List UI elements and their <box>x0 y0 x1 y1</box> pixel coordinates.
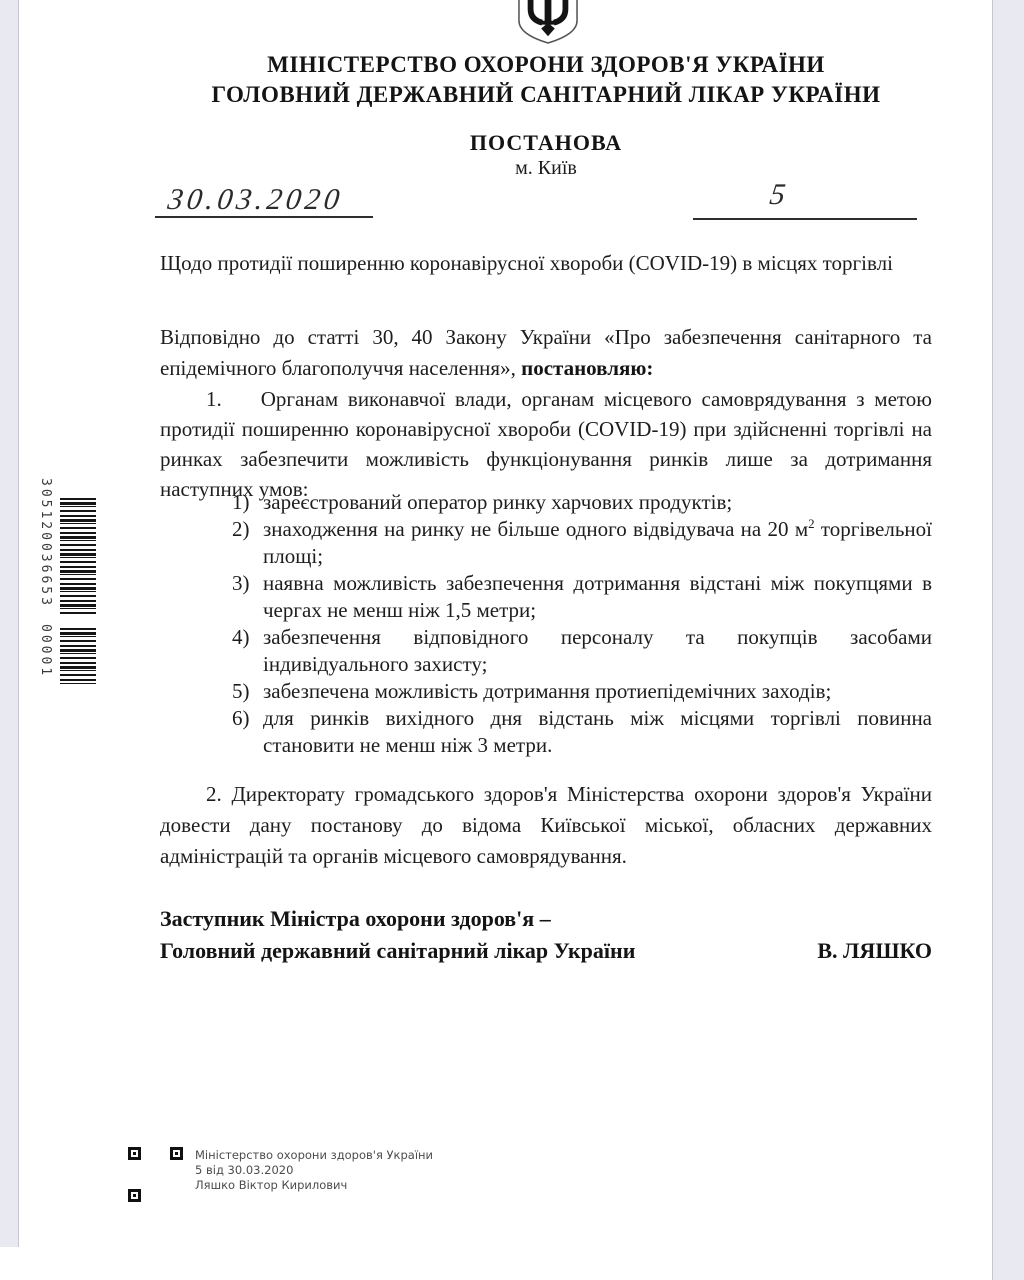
resolve-keyword: постановляю: <box>521 356 653 380</box>
condition-item: 6) для ринків вихідного дня відстань між… <box>232 705 932 759</box>
registration-barcode: 305120036653 00001 <box>38 476 98 706</box>
condition-number: 2) <box>232 516 263 570</box>
stamp-organization: Міністерство охорони здоров'я України <box>195 1148 495 1163</box>
condition-text: забезпечена можливість дотримання протие… <box>263 678 932 705</box>
ministry-name: МІНІСТЕРСТВО ОХОРОНИ ЗДОРОВ'Я УКРАЇНИ <box>160 50 932 80</box>
signatory-title-line1: Заступник Міністра охорони здоров'я – <box>160 903 932 935</box>
condition-number: 4) <box>232 624 263 678</box>
condition-item: 3) наявна можливість забезпечення дотрим… <box>232 570 932 624</box>
condition-text: наявна можливість забезпечення дотриманн… <box>263 570 932 624</box>
scan-margin-right <box>992 0 1024 1280</box>
condition-number: 1) <box>232 489 263 516</box>
date-underline <box>155 216 373 218</box>
condition-item: 5) забезпечена можливість дотримання про… <box>232 678 932 705</box>
signatory-title-line2: Головний державний санітарний лікар Укра… <box>160 935 635 967</box>
city-label: м. Київ <box>160 157 932 180</box>
clause-2-paragraph: 2. Директорату громадського здоров'я Мін… <box>160 779 932 872</box>
condition-text: знаходження на ринку не більше одного ві… <box>263 516 932 570</box>
condition-text: зареєстрований оператор ринку харчових п… <box>263 489 932 516</box>
handwritten-date: 30.03.2020 <box>166 183 346 217</box>
condition-text-main: забезпечення відповідного персоналу та п… <box>263 625 932 676</box>
condition-text-main: наявна можливість забезпечення дотриманн… <box>263 571 932 622</box>
preamble-paragraph: Відповідно до статті 30, 40 Закону Украї… <box>160 322 932 384</box>
signatory-name: В. ЛЯШКО <box>817 935 932 967</box>
condition-text-main: знаходження на ринку не більше одного ві… <box>263 517 808 541</box>
qr-code-icon <box>128 1147 183 1202</box>
signature-block: Заступник Міністра охорони здоров'я – Го… <box>160 903 932 967</box>
condition-number: 5) <box>232 678 263 705</box>
condition-number: 6) <box>232 705 263 759</box>
barcode-number-main: 305120036653 <box>38 478 53 608</box>
qr-finder-icon <box>128 1147 141 1160</box>
stamp-number-date: 5 від 30.03.2020 <box>195 1163 495 1178</box>
condition-text: забезпечення відповідного персоналу та п… <box>263 624 932 678</box>
condition-item: 2) знаходження на ринку не більше одного… <box>232 516 932 570</box>
condition-number: 3) <box>232 570 263 624</box>
document-type-title: ПОСТАНОВА <box>160 130 932 156</box>
number-underline <box>693 218 917 220</box>
barcode-number-supplement: 00001 <box>38 624 53 678</box>
conditions-list: 1) зареєстрований оператор ринку харчови… <box>160 489 932 759</box>
handwritten-number: 5 <box>768 178 792 212</box>
condition-text-main: зареєстрований оператор ринку харчових п… <box>263 490 732 514</box>
ukraine-trident-emblem-icon <box>512 0 584 44</box>
stamp-signatory: Ляшко Віктор Кирилович <box>195 1178 495 1193</box>
qr-finder-icon <box>128 1189 141 1202</box>
chief-doctor-title: ГОЛОВНИЙ ДЕРЖАВНИЙ САНІТАРНИЙ ЛІКАР УКРА… <box>160 80 932 110</box>
barcode-bars-icon <box>60 498 96 614</box>
scan-margin-left <box>0 0 19 1247</box>
condition-text-main: забезпечена можливість дотримання протие… <box>263 679 831 703</box>
condition-text-main: для ринків вихідного дня відстань між мі… <box>263 706 932 757</box>
condition-item: 4) забезпечення відповідного персоналу т… <box>232 624 932 678</box>
barcode-bars-icon <box>60 628 96 684</box>
subject-line: Щодо протидії поширенню коронавірусної х… <box>160 246 932 281</box>
qr-finder-icon <box>170 1147 183 1160</box>
clause-1-paragraph: 1. Органам виконавчої влади, органам міс… <box>160 384 932 504</box>
condition-item: 1) зареєстрований оператор ринку харчови… <box>232 489 932 516</box>
condition-text: для ринків вихідного дня відстань між мі… <box>263 705 932 759</box>
digital-signature-stamp: Міністерство охорони здоров'я України 5 … <box>195 1148 495 1193</box>
scanned-document-page: { "document": { "header": { "line1": "МІ… <box>0 0 1024 1280</box>
